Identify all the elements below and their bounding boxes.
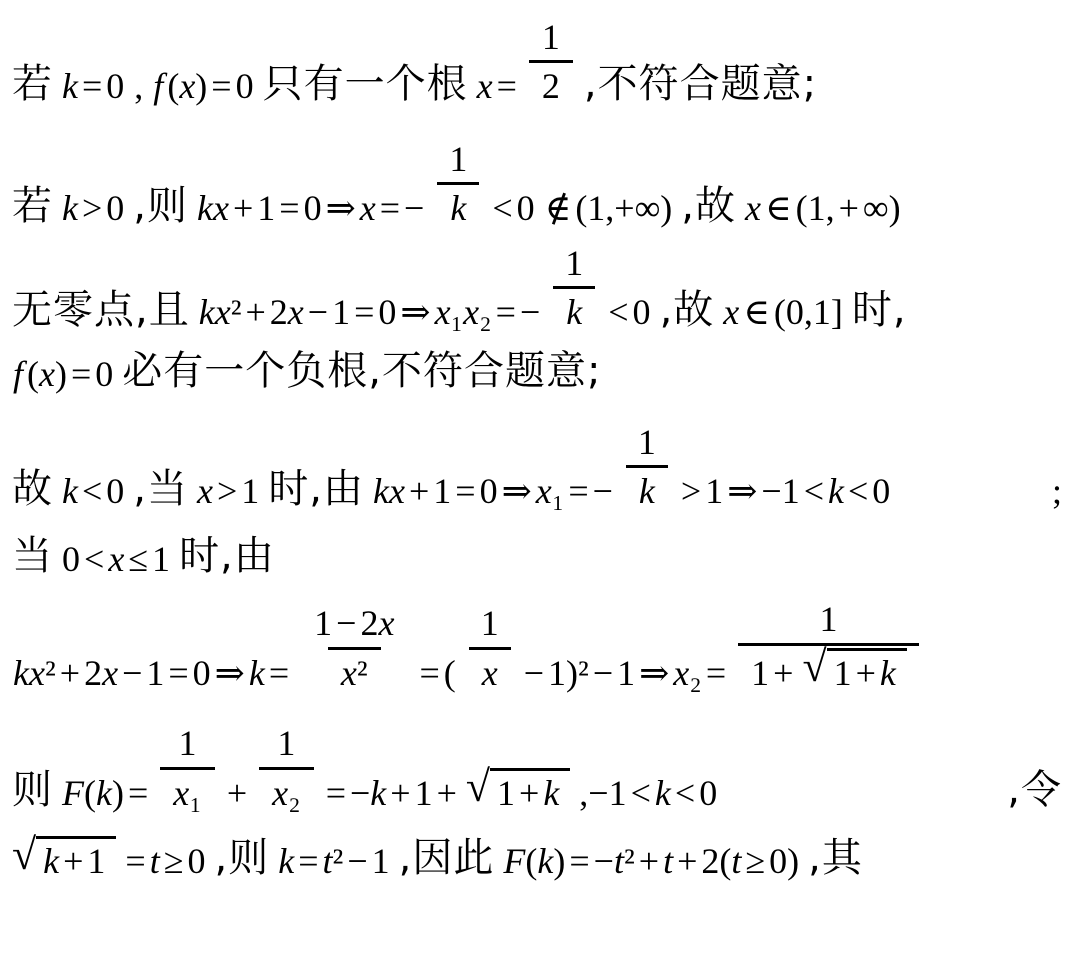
cjk-text: ,故 (660, 287, 715, 334)
fraction-numerator: 1 (625, 421, 669, 465)
math-text: 1 (820, 598, 838, 640)
fraction-numerator: 1 (468, 602, 512, 646)
math-text: x₂ (272, 772, 301, 814)
fraction: 1k (625, 421, 669, 513)
math-text: = ( (419, 652, 455, 694)
solution-line-7: kx² + 2x − 1 = 0 ⇒ k =1 − 2xx²= (1x− 1)²… (8, 598, 1074, 694)
fraction-denominator: k (626, 465, 668, 512)
radicand: 1 + k (490, 768, 570, 814)
fraction-denominator: 2 (529, 60, 573, 107)
cjk-text: ,则 (133, 183, 188, 230)
radical: √k + 1 (12, 836, 116, 882)
radical-sign-icon: √ (802, 647, 826, 687)
cjk-text: 故 (12, 466, 53, 513)
fraction: 1x₁ (160, 722, 215, 814)
math-text: x > 1 (197, 470, 259, 512)
math-text: + (227, 772, 247, 814)
math-text: k (566, 291, 582, 333)
radical: √1 + k (802, 648, 906, 694)
fraction-numerator: 1 (529, 16, 573, 60)
solution-line-8: 则F(k) =1x₁+1x₂= −k + 1 +√1 + k,−1 < k < … (8, 722, 1074, 814)
math-text: < 0 (492, 187, 534, 229)
math-text: F(k) = (62, 772, 148, 814)
cjk-text: ,当 (133, 466, 188, 513)
fraction: 12 (529, 16, 573, 108)
cjk-text: 时,由 (268, 466, 364, 513)
cjk-text: 当 (12, 533, 53, 580)
math-text: kx + 1 = 0 ⇒ x₁ = − (373, 470, 613, 512)
math-text: 1 + (751, 652, 793, 694)
fraction: 1x₂ (259, 722, 314, 814)
math-text: k (639, 470, 655, 512)
fraction-denominator: k (437, 182, 479, 229)
fraction-denominator: x² (328, 647, 381, 694)
math-text: = −k + 1 + (326, 772, 457, 814)
math-text: 0 < x ≤ 1 (62, 538, 170, 580)
cjk-text: 若 (12, 183, 53, 230)
math-text: x² (341, 652, 368, 694)
fraction-denominator: 1 +√1 + k (738, 643, 919, 694)
math-text: > 1 ⇒ −1 < k < 0 (681, 470, 890, 512)
math-text: 1 (179, 722, 197, 764)
math-text: = t ≥ 0 (125, 840, 205, 882)
fraction: 1k (552, 242, 596, 334)
math-text: ; (1052, 470, 1062, 512)
fraction: 1x (468, 602, 512, 694)
solution-line-6: 当0 < x ≤ 1时,由 (8, 533, 1074, 580)
solution-line-3: 无零点,且kx² + 2x − 1 = 0 ⇒ x₁x₂ = −1k< 0,故x… (8, 242, 1074, 334)
math-text: F(k) = −t² + t + 2(t ≥ 0) (503, 840, 799, 882)
math-text: k + 1 (43, 841, 105, 881)
cjk-text: ,不符合题意; (584, 61, 817, 108)
math-text: 2 (542, 65, 560, 107)
solution-line-1: 若k = 0,f (x) = 0只有一个根x =12,不符合题意; (8, 16, 1074, 108)
solution-line-2: 若k > 0,则kx + 1 = 0 ⇒ x = −1k< 0∉ (1,+∞),… (8, 138, 1074, 230)
math-text: 1 (565, 242, 583, 284)
math-text: k = 0 (62, 65, 124, 107)
fraction-numerator: 1 (264, 722, 308, 766)
solution-line-4: f (x) = 0必有一个负根,不符合题意; (8, 348, 1074, 395)
radicand: 1 + k (827, 648, 907, 694)
cjk-text: 只有一个根 (263, 61, 468, 108)
cjk-text: ,则 (215, 835, 270, 882)
math-text: − 1)² − 1 ⇒ x₂ = (524, 652, 726, 694)
cjk-text: 则 (12, 767, 53, 814)
math-text: k > 0 (62, 187, 124, 229)
math-text: k = t² − 1 (278, 840, 389, 882)
math-text: x (482, 652, 498, 694)
fraction-numerator: 1 − 2x (301, 602, 407, 646)
fraction-denominator: k (553, 286, 595, 333)
fraction: 1 − 2xx² (301, 602, 407, 694)
fraction-denominator: x₂ (259, 767, 314, 814)
radicand: k + 1 (36, 836, 116, 882)
solution-line-9: √k + 1= t ≥ 0,则k = t² − 1,因此F(k) = −t² +… (8, 835, 1074, 882)
math-text: k < 0 (62, 470, 124, 512)
fraction-numerator: 1 (166, 722, 210, 766)
fraction-numerator: 1 (552, 242, 596, 286)
math-text: 1 (449, 138, 467, 180)
fraction: 1k (436, 138, 480, 230)
math-text: 1 + k (834, 653, 896, 693)
fraction: 11 +√1 + k (738, 598, 919, 694)
math-text: 1 − 2x (314, 602, 394, 644)
math-text: 1 (542, 16, 560, 58)
math-text: k (450, 187, 466, 229)
cjk-text: 无零点,且 (12, 287, 190, 334)
cjk-text: 必有一个负根,不符合题意; (122, 348, 601, 395)
math-text: f (x) = 0 (153, 65, 253, 107)
math-text: 1 (638, 421, 656, 463)
math-text: x = (477, 65, 517, 107)
cjk-text: 时, (852, 287, 907, 334)
math-text: x ∈ (0,1] (723, 291, 843, 333)
fraction-numerator: 1 (436, 138, 480, 182)
math-text: x ∈ (1, + ∞) (745, 187, 901, 229)
cjk-text: ,其 (808, 835, 863, 882)
math-text: , (134, 65, 143, 107)
math-text: kx² + 2x − 1 = 0 ⇒ x₁x₂ = − (199, 291, 541, 333)
cjk-text: 时,由 (179, 533, 275, 580)
math-text: ∉ (1,+∞) (545, 187, 673, 229)
solution-line-5: 故k < 0,当x > 1时,由kx + 1 = 0 ⇒ x₁ = −1k> 1… (8, 421, 1074, 513)
radical-sign-icon: √ (12, 835, 36, 875)
math-text: 1 (481, 602, 499, 644)
cjk-text: ,令 (1007, 767, 1062, 814)
math-text: f (x) = 0 (13, 353, 113, 395)
fraction-numerator: 1 (807, 598, 851, 642)
radical-sign-icon: √ (466, 767, 490, 807)
cjk-text: ,故 (681, 183, 736, 230)
math-text: kx + 1 = 0 ⇒ x = − (197, 187, 424, 229)
fraction-denominator: x (469, 647, 511, 694)
math-text: 1 + k (497, 773, 559, 813)
math-text: 1 (277, 722, 295, 764)
math-text: ,−1 < k < 0 (579, 772, 717, 814)
fraction-denominator: x₁ (160, 767, 215, 814)
math-document: 若k = 0,f (x) = 0只有一个根x =12,不符合题意;若k > 0,… (0, 0, 1080, 882)
math-text: kx² + 2x − 1 = 0 ⇒ k = (13, 652, 289, 694)
cjk-text: 若 (12, 61, 53, 108)
radical: √1 + k (466, 768, 570, 814)
cjk-text: ,因此 (399, 835, 495, 882)
math-text: < 0 (608, 291, 650, 333)
math-text: x₁ (173, 772, 202, 814)
